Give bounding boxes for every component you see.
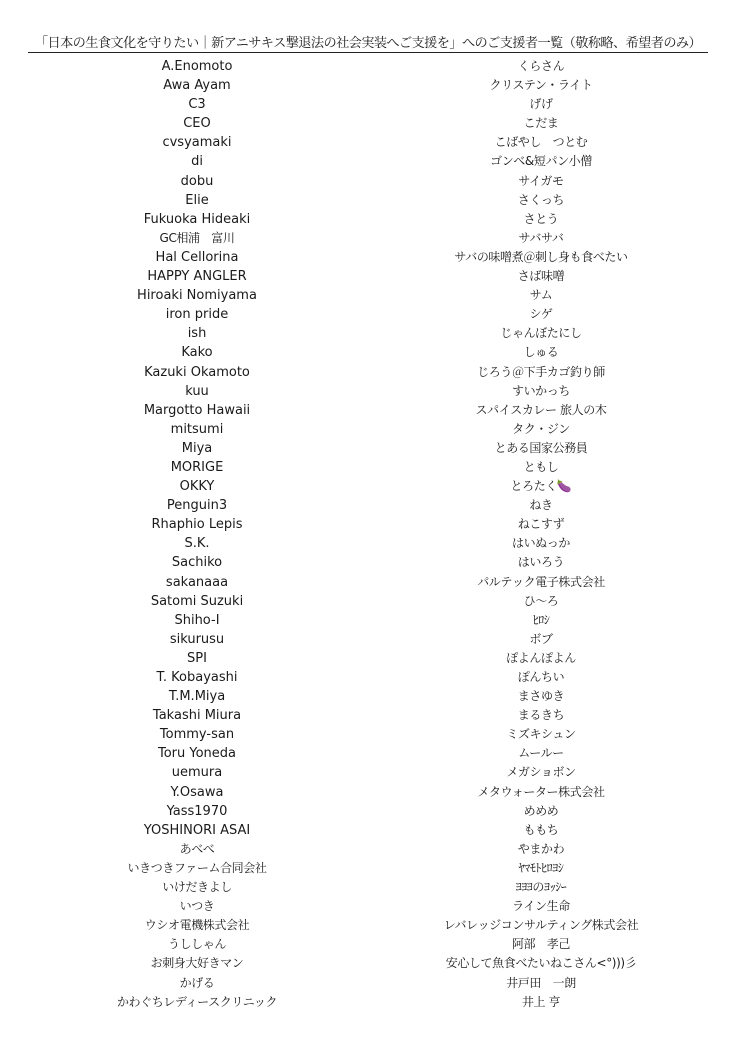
supporter-name: Hal Cellorina: [47, 248, 347, 267]
supporter-name: T. Kobayashi: [47, 668, 347, 687]
supporter-column-left: A.EnomotoAwa AyamC3CEOcvsyamakididobuEli…: [47, 57, 347, 1012]
supporter-name: 安心して魚食べたいねこさん<°)))彡: [391, 954, 691, 973]
supporter-name: cvsyamaki: [47, 133, 347, 152]
supporter-name: サム: [391, 286, 691, 305]
supporter-name: ぽよんぽよん: [391, 649, 691, 668]
supporter-name: ひ～ろ: [391, 592, 691, 611]
supporter-name: ともし: [391, 458, 691, 477]
supporter-name: やまかわ: [391, 840, 691, 859]
supporter-name: Miya: [47, 439, 347, 458]
supporter-name: ねこすず: [391, 515, 691, 534]
supporter-name: まるきち: [391, 706, 691, 725]
supporter-name: GC相浦 富川: [47, 229, 347, 248]
supporter-name: ねき: [391, 496, 691, 515]
supporter-name: MORIGE: [47, 458, 347, 477]
supporter-name: シゲ: [391, 305, 691, 324]
supporter-name: あべべ: [47, 840, 347, 859]
supporter-name: ムールー: [391, 744, 691, 763]
supporter-name: サイガモ: [391, 172, 691, 191]
supporter-name: いきつきファーム合同会社: [47, 859, 347, 878]
supporter-name: ボブ: [391, 630, 691, 649]
supporter-name: げげ: [391, 95, 691, 114]
supporter-name: レバレッジコンサルティング株式会社: [391, 916, 691, 935]
supporter-name: まさゆき: [391, 687, 691, 706]
supporter-name: sikurusu: [47, 630, 347, 649]
supporter-name: サバサバ: [391, 229, 691, 248]
supporter-name: di: [47, 152, 347, 171]
supporter-name: じゃんぼたにし: [391, 324, 691, 343]
supporter-name: 阿部 孝己: [391, 935, 691, 954]
supporter-name: こだま: [391, 114, 691, 133]
supporter-name: 井戸田 一朗: [391, 974, 691, 993]
supporter-name: Yass1970: [47, 802, 347, 821]
supporter-name: Y.Osawa: [47, 783, 347, 802]
supporter-name: Kako: [47, 343, 347, 362]
supporter-name: OKKY: [47, 477, 347, 496]
supporter-name: uemura: [47, 763, 347, 782]
supporter-name: Elie: [47, 191, 347, 210]
supporter-name: じろう＠下手カゴ釣り師: [391, 363, 691, 382]
supporter-name: CEO: [47, 114, 347, 133]
supporter-name: サバの味噌煮＠刺し身も食べたい: [391, 248, 691, 267]
supporter-name: こばやし つとむ: [391, 133, 691, 152]
supporter-name: sakanaaa: [47, 573, 347, 592]
supporter-name: HAPPY ANGLER: [47, 267, 347, 286]
supporter-name: mitsumi: [47, 420, 347, 439]
supporter-name: いけだきよし: [47, 878, 347, 897]
supporter-name: かわぐちレディースクリニック: [47, 993, 347, 1012]
supporter-column-right: くらさんクリステン・ライトげげこだまこばやし つとむゴンべ&短パン小僧サイガモさ…: [391, 57, 691, 1012]
supporter-name: とある国家公務員: [391, 439, 691, 458]
supporter-name: いつき: [47, 897, 347, 916]
supporter-name: さとう: [391, 210, 691, 229]
supporter-name: YOSHINORI ASAI: [47, 821, 347, 840]
supporter-name: クリステン・ライト: [391, 76, 691, 95]
supporter-name: iron pride: [47, 305, 347, 324]
supporter-name: Takashi Miura: [47, 706, 347, 725]
supporter-name: メガショボン: [391, 763, 691, 782]
supporter-name: 井上 亨: [391, 993, 691, 1012]
supporter-name: すいかっち: [391, 382, 691, 401]
supporter-name: Sachiko: [47, 553, 347, 572]
supporter-name: ももち: [391, 821, 691, 840]
supporter-name: ish: [47, 324, 347, 343]
supporter-name: タク・ジン: [391, 420, 691, 439]
supporter-name: くらさん: [391, 57, 691, 76]
supporter-name: C3: [47, 95, 347, 114]
supporter-name: Rhaphio Lepis: [47, 515, 347, 534]
supporter-name: Kazuki Okamoto: [47, 363, 347, 382]
supporter-name: Awa Ayam: [47, 76, 347, 95]
supporter-name: Margotto Hawaii: [47, 401, 347, 420]
supporter-name: ﾋﾛｼ: [391, 611, 691, 630]
supporter-name: とろたく🍆: [391, 477, 691, 496]
supporter-name: Fukuoka Hideaki: [47, 210, 347, 229]
supporter-name: ミズキシュン: [391, 725, 691, 744]
supporter-name: ﾔﾏﾓﾄﾋﾛﾖｼ: [391, 859, 691, 878]
supporter-name: お刺身大好きマン: [47, 954, 347, 973]
supporter-name: S.K.: [47, 534, 347, 553]
supporter-name: ぽんちい: [391, 668, 691, 687]
supporter-name: Toru Yoneda: [47, 744, 347, 763]
supporter-name: めめめ: [391, 802, 691, 821]
supporter-name: はいろう: [391, 553, 691, 572]
supporter-name: ゴンべ&短パン小僧: [391, 152, 691, 171]
supporter-name: ウシオ電機株式会社: [47, 916, 347, 935]
supporter-name: SPI: [47, 649, 347, 668]
supporter-name: パルテック電子株式会社: [391, 573, 691, 592]
supporter-name: メタウォーター株式会社: [391, 783, 691, 802]
page-title: 「日本の生食文化を守りたい｜新アニサキス撃退法の社会実装へご支援を」へのご支援者…: [28, 36, 708, 53]
supporter-name: T.M.Miya: [47, 687, 347, 706]
supporter-name: Penguin3: [47, 496, 347, 515]
supporter-name: Satomi Suzuki: [47, 592, 347, 611]
supporter-name: ﾖﾖﾖのﾖｯｼｰ: [391, 878, 691, 897]
supporter-name: dobu: [47, 172, 347, 191]
supporter-name: Hiroaki Nomiyama: [47, 286, 347, 305]
supporter-name: ライン生命: [391, 897, 691, 916]
supporter-name: はいぬっか: [391, 534, 691, 553]
supporter-name: さくっち: [391, 191, 691, 210]
supporter-name: Tommy-san: [47, 725, 347, 744]
supporter-name: A.Enomoto: [47, 57, 347, 76]
supporter-name: うししゃん: [47, 935, 347, 954]
supporter-name: さば味噌: [391, 267, 691, 286]
supporter-name: しゅる: [391, 343, 691, 362]
supporter-name: Shiho-I: [47, 611, 347, 630]
supporter-name: かげる: [47, 974, 347, 993]
supporter-name: スパイスカレー 旅人の木: [391, 401, 691, 420]
supporter-name: kuu: [47, 382, 347, 401]
